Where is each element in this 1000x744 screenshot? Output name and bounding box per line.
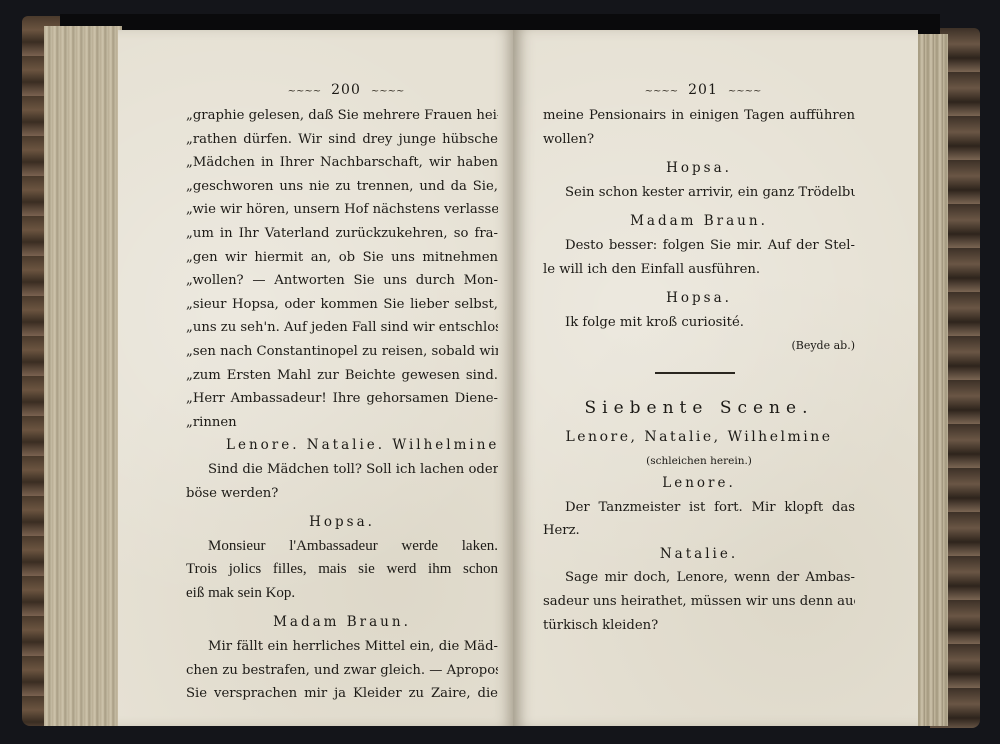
speech-line: Ik folge mit kroß curiosité. bbox=[543, 311, 855, 335]
speaker-name: Hopsa. bbox=[543, 157, 855, 181]
speaker-name: Hopsa. bbox=[186, 511, 498, 535]
speech-line: eiß mak sein Kop. bbox=[186, 582, 498, 606]
speech-line: Herz. bbox=[543, 519, 855, 543]
scene-divider bbox=[655, 372, 735, 374]
speaker-name: Madam Braun. bbox=[186, 611, 498, 635]
text-line: „sieur Hopsa, oder kommen Sie lieber sel… bbox=[186, 293, 498, 317]
speech-line: Monsieur l'Ambassadeur werde laken. bbox=[186, 535, 498, 559]
text-line: „wie wir hören, unsern Hof nächstens ver… bbox=[186, 198, 498, 222]
speech-line: Desto besser: folgen Sie mir. Auf der St… bbox=[543, 234, 855, 258]
text-line: wollen? bbox=[543, 128, 855, 152]
page-edges-right bbox=[916, 34, 948, 726]
text-line: „Herr Ambassadeur! Ihre gehorsamen Diene… bbox=[186, 387, 498, 411]
text-line: „zum Ersten Mahl zur Beichte gewesen sin… bbox=[186, 364, 498, 388]
page-number-left: ~~~~200~~~~ bbox=[186, 82, 506, 104]
text-line: „rathen dürfen. Wir sind drey junge hübs… bbox=[186, 128, 498, 152]
left-page-text: „graphie gelesen, daß Sie mehrere Frauen… bbox=[186, 104, 498, 706]
text-line: „gen wir hiermit an, ob Sie uns mitnehme… bbox=[186, 246, 498, 270]
stage-direction: (Beyde ab.) bbox=[543, 334, 855, 358]
stage-direction: (schleichen herein.) bbox=[543, 450, 855, 472]
speech-line: Mir fällt ein herrliches Mittel ein, die… bbox=[186, 635, 498, 659]
speaker-name: Natalie. bbox=[543, 543, 855, 567]
right-page-text: meine Pensionairs in einigen Tagen auffü… bbox=[543, 104, 855, 637]
text-line: „sen nach Constantinopel zu reisen, soba… bbox=[186, 340, 498, 364]
page-edges-left bbox=[44, 26, 122, 726]
speech-line: Sage mir doch, Lenore, wenn der Ambas- bbox=[543, 566, 855, 590]
text-line: „graphie gelesen, daß Sie mehrere Frauen… bbox=[186, 104, 498, 128]
ornament-icon: ~~~~ bbox=[645, 86, 679, 97]
text-line: meine Pensionairs in einigen Tagen auffü… bbox=[543, 104, 855, 128]
speech-line: Der Tanzmeister ist fort. Mir klopft das bbox=[543, 496, 855, 520]
speech-line: Sein schon kester arrivir, ein ganz Tröd… bbox=[543, 181, 855, 205]
speech-line: le will ich den Einfall ausführen. bbox=[543, 258, 855, 282]
text-line: „geschworen uns nie zu trennen, und da S… bbox=[186, 175, 498, 199]
text-line: böse werden? bbox=[186, 482, 498, 506]
scene-characters: Lenore, Natalie, Wilhelmine bbox=[543, 426, 855, 450]
speaker-name: Lenore. bbox=[543, 472, 855, 496]
text-line: „rinnen bbox=[186, 411, 498, 435]
ornament-icon: ~~~~ bbox=[728, 86, 762, 97]
left-page: ~~~~200~~~~ „graphie gelesen, daß Sie me… bbox=[118, 30, 513, 726]
text-line: „Mädchen in Ihrer Nachbarschaft, wir hab… bbox=[186, 151, 498, 175]
letter-signature: Lenore. Natalie. Wilhelmine." bbox=[186, 434, 498, 458]
text-line: „wollen? — Antworten Sie uns durch Mon- bbox=[186, 269, 498, 293]
speaker-name: Madam Braun. bbox=[543, 210, 855, 234]
text-line: „um in Ihr Vaterland zurückzukehren, so … bbox=[186, 222, 498, 246]
ornament-icon: ~~~~ bbox=[288, 86, 322, 97]
text-line: Sind die Mädchen toll? Soll ich lachen o… bbox=[186, 458, 498, 482]
right-page: ~~~~201~~~~ meine Pensionairs in einigen… bbox=[513, 30, 918, 726]
speech-line: Trois jolics filles, mais sie werd ihm s… bbox=[186, 558, 498, 582]
text-line: „uns zu seh'n. Auf jeden Fall sind wir e… bbox=[186, 316, 498, 340]
speech-line: chen zu bestrafen, und zwar gleich. — Ap… bbox=[186, 659, 498, 683]
speaker-name: Hopsa. bbox=[543, 287, 855, 311]
speech-line: Sie versprachen mir ja Kleider zu Zaire,… bbox=[186, 682, 498, 706]
speech-line: türkisch kleiden? bbox=[543, 614, 855, 638]
speech-line: sadeur uns heirathet, müssen wir uns den… bbox=[543, 590, 855, 614]
ornament-icon: ~~~~ bbox=[371, 86, 405, 97]
page-number-right: ~~~~201~~~~ bbox=[543, 82, 863, 104]
scene-title: Siebente Scene. bbox=[543, 390, 855, 426]
